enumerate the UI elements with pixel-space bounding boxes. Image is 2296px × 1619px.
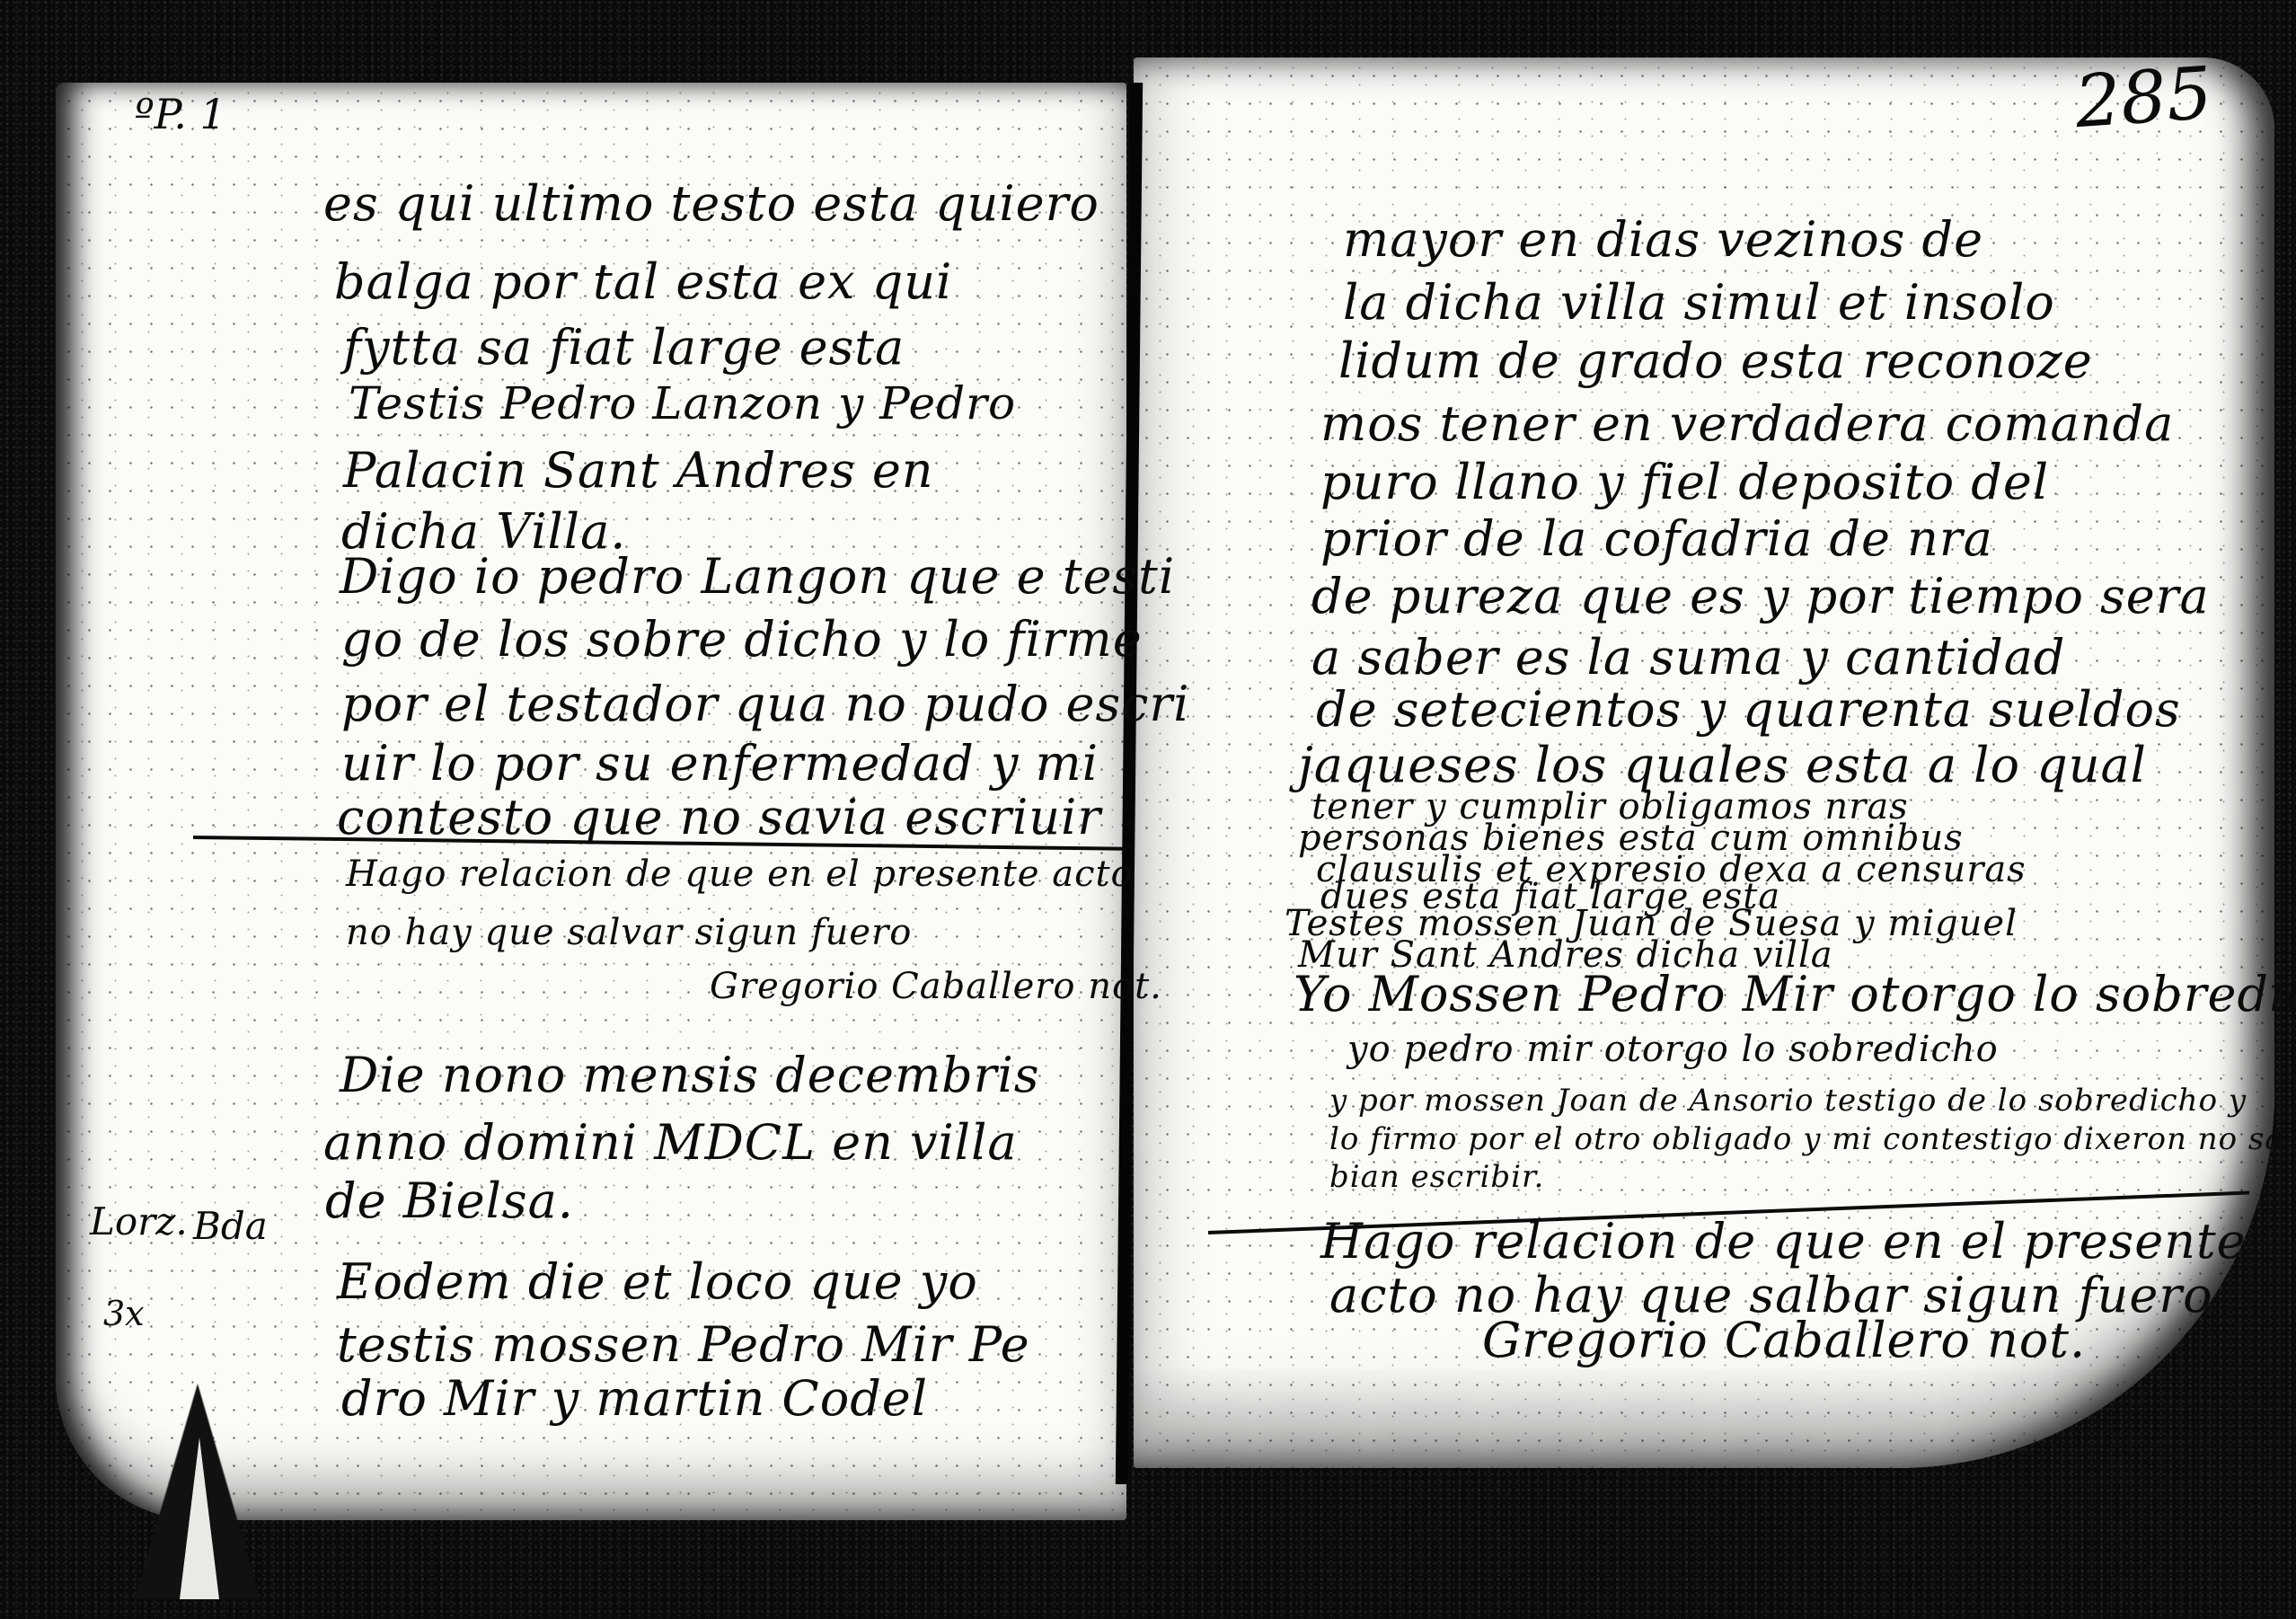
manuscript-line: mos tener en verdadera comanda [1320,395,2174,452]
manuscript-line: fytta sa fiat large esta [343,319,905,376]
margin-note: Bda [193,1204,268,1248]
entry-line: anno domini MDCL en villa [323,1114,1018,1171]
notary-note-line: Hago relacion de que en el presente [1320,1213,2247,1270]
manuscript-line: por el testador qua no pudo escri [341,676,1190,732]
manuscript-line: de setecientos y quarenta sueldos [1316,681,2181,738]
entry-line: Die nono mensis decembris [340,1047,1040,1103]
manuscript-line: prior de la cofadria de nra [1320,510,1993,567]
manuscript-line: uir lo por su enfermedad y mi [341,735,1099,792]
manuscript-line: balga por tal esta ex qui [334,253,952,310]
top-left-folio-mark: ºP. 1 [135,90,226,138]
manuscript-line: contesto que no savia escriuir [337,789,1101,845]
signature-line: y por mossen Joan de Ansorio testigo de … [1329,1083,2247,1119]
entry-line: dro Mir y martin Codel [341,1370,928,1427]
bookmark-ribbon-highlight [180,1438,219,1599]
manuscript-line: a saber es la suma y cantidad [1311,629,2065,686]
manuscript-line: de pureza que es y por tiempo sera [1311,568,2210,624]
signature-line: Yo Mossen Pedro Mir otorgo lo sobredicho [1294,966,2296,1022]
manuscript-line: puro llano y fiel deposito del [1320,454,2049,510]
signature-line: yo pedro mir otorgo lo sobredicho [1347,1029,1999,1070]
manuscript-line: Digo io pedro Langon que e testi [340,548,1175,605]
notary-signature: Gregorio Caballero not. [710,966,1162,1007]
margin-note: Lorz. [90,1199,188,1243]
signature-line: bian escribir. [1329,1159,1544,1195]
manuscript-line: mayor en dias vezinos de [1343,211,1983,268]
signature-line: lo firmo por el otro obligado y mi conte… [1329,1121,2284,1157]
entry-line: de Bielsa. [325,1172,574,1229]
manuscript-line: jaqueses los quales esta a lo qual [1298,737,2147,793]
page-number: 285 [2072,51,2215,144]
entry-line: Eodem die et loco que yo [337,1253,978,1310]
manuscript-line: es qui ultimo testo esta quiero [323,175,1099,232]
notary-note-line: no hay que salvar sigun fuero [346,912,912,953]
notary-signature: Gregorio Caballero not. [1482,1312,2086,1368]
manuscript-line: lidum de grado esta reconoze [1338,332,2093,389]
manuscript-line: Palacin Sant Andres en [343,442,934,499]
notary-note-line: Hago relacion de que en el presente acto [346,854,1134,895]
entry-line: testis mossen Pedro Mir Pe [337,1316,1030,1373]
margin-note: 3x [103,1294,145,1333]
manuscript-line: go de los sobre dicho y lo firme [341,611,1143,668]
manuscript-line: Testis Pedro Lanzon y Pedro [349,377,1016,429]
manuscript-line: la dicha villa simul et insolo [1343,274,2055,331]
